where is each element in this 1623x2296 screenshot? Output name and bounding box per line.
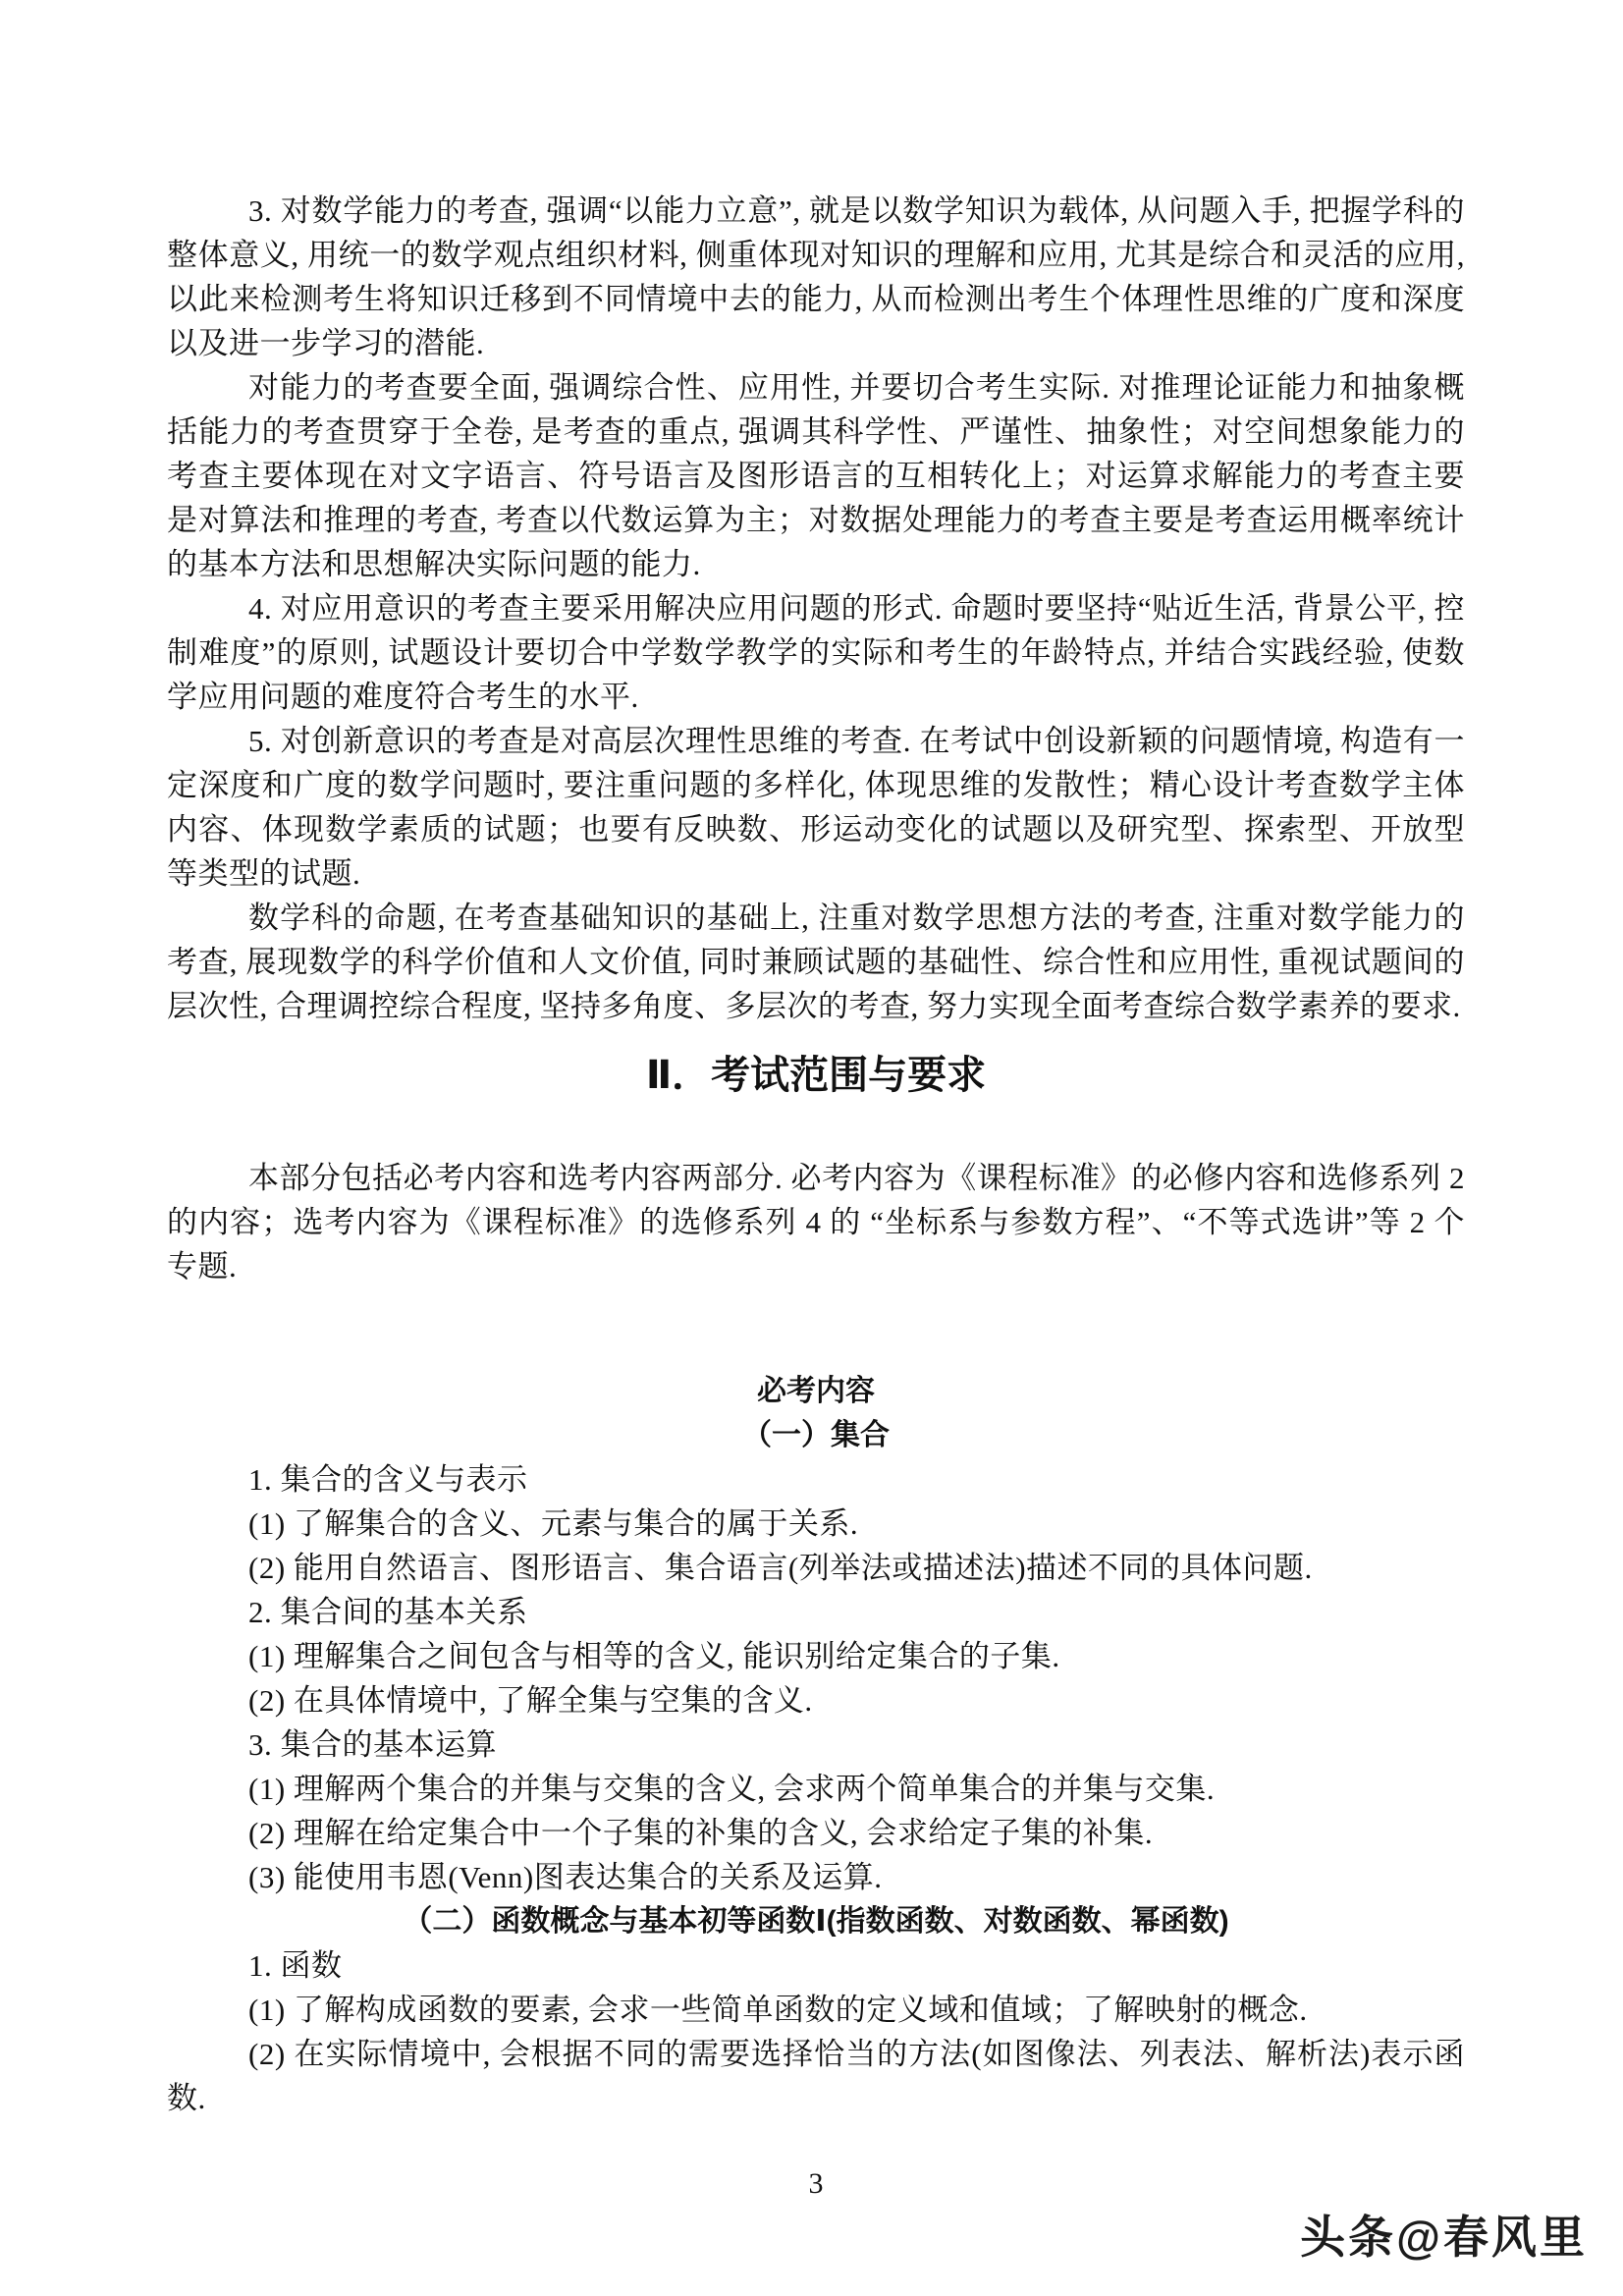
list-item: (2) 在实际情境中, 会根据不同的需要选择恰当的方法(如图像法、列表法、解析法…: [167, 2032, 1465, 2120]
list-item: 1. 函数: [167, 1943, 1465, 1988]
list-item: (1) 了解集合的含义、元素与集合的属于关系.: [167, 1502, 1465, 1546]
list-item: 2. 集合间的基本关系: [167, 1590, 1465, 1634]
list-item: (3) 能使用韦恩(Venn)图表达集合的关系及运算.: [167, 1855, 1465, 1899]
list-item: (1) 理解集合之间包含与相等的含义, 能识别给定集合的子集.: [167, 1634, 1465, 1678]
heading-topic-sets: （一）集合: [167, 1413, 1465, 1457]
heading-topic-functions: （二）函数概念与基本初等函数Ⅰ(指数函数、对数函数、幂函数): [167, 1899, 1465, 1943]
list-item: (2) 理解在给定集合中一个子集的补集的含义, 会求给定子集的补集.: [167, 1811, 1465, 1855]
list-item: (2) 在具体情境中, 了解全集与空集的含义.: [167, 1678, 1465, 1722]
paragraph-application-awareness: 4. 对应用意识的考查主要采用解决应用问题的形式. 命题时要坚持“贴近生活, 背…: [167, 586, 1465, 719]
list-item: (2) 能用自然语言、图形语言、集合语言(列举法或描述法)描述不同的具体问题.: [167, 1546, 1465, 1590]
paragraph-ability-overview: 对能力的考查要全面, 强调综合性、应用性, 并要切合考生实际. 对推理论证能力和…: [167, 365, 1465, 586]
list-item: 1. 集合的含义与表示: [167, 1457, 1465, 1502]
list-item: (1) 理解两个集合的并集与交集的含义, 会求两个简单集合的并集与交集.: [167, 1767, 1465, 1811]
page-number: 3: [167, 2161, 1465, 2206]
paragraph-math-ability: 3. 对数学能力的考查, 强调“以能力立意”, 就是以数学知识为载体, 从问题入…: [167, 189, 1465, 365]
text-column: 3. 对数学能力的考查, 强调“以能力立意”, 就是以数学知识为载体, 从问题入…: [167, 189, 1465, 2206]
list-item: (1) 了解构成函数的要素, 会求一些简单函数的定义域和值域；了解映射的概念.: [167, 1988, 1465, 2032]
paragraph-proposition-principle: 数学科的命题, 在考查基础知识的基础上, 注重对数学思想方法的考查, 注重对数学…: [167, 896, 1465, 1028]
paragraph-innovation-awareness: 5. 对创新意识的考查是对高层次理性思维的考查. 在考试中创设新颖的问题情境, …: [167, 719, 1465, 896]
document-page: 3. 对数学能力的考查, 强调“以能力立意”, 就是以数学知识为载体, 从问题入…: [0, 0, 1623, 2296]
watermark-toutiao: 头条@春风里: [1300, 2202, 1588, 2267]
list-item: 3. 集合的基本运算: [167, 1722, 1465, 1767]
heading-required-content: 必考内容: [167, 1369, 1465, 1413]
paragraph-section-intro: 本部分包括必考内容和选考内容两部分. 必考内容为《课程标准》的必修内容和选修系列…: [167, 1156, 1465, 1288]
section-title-exam-scope: Ⅱ．考试范围与要求: [167, 1050, 1465, 1101]
